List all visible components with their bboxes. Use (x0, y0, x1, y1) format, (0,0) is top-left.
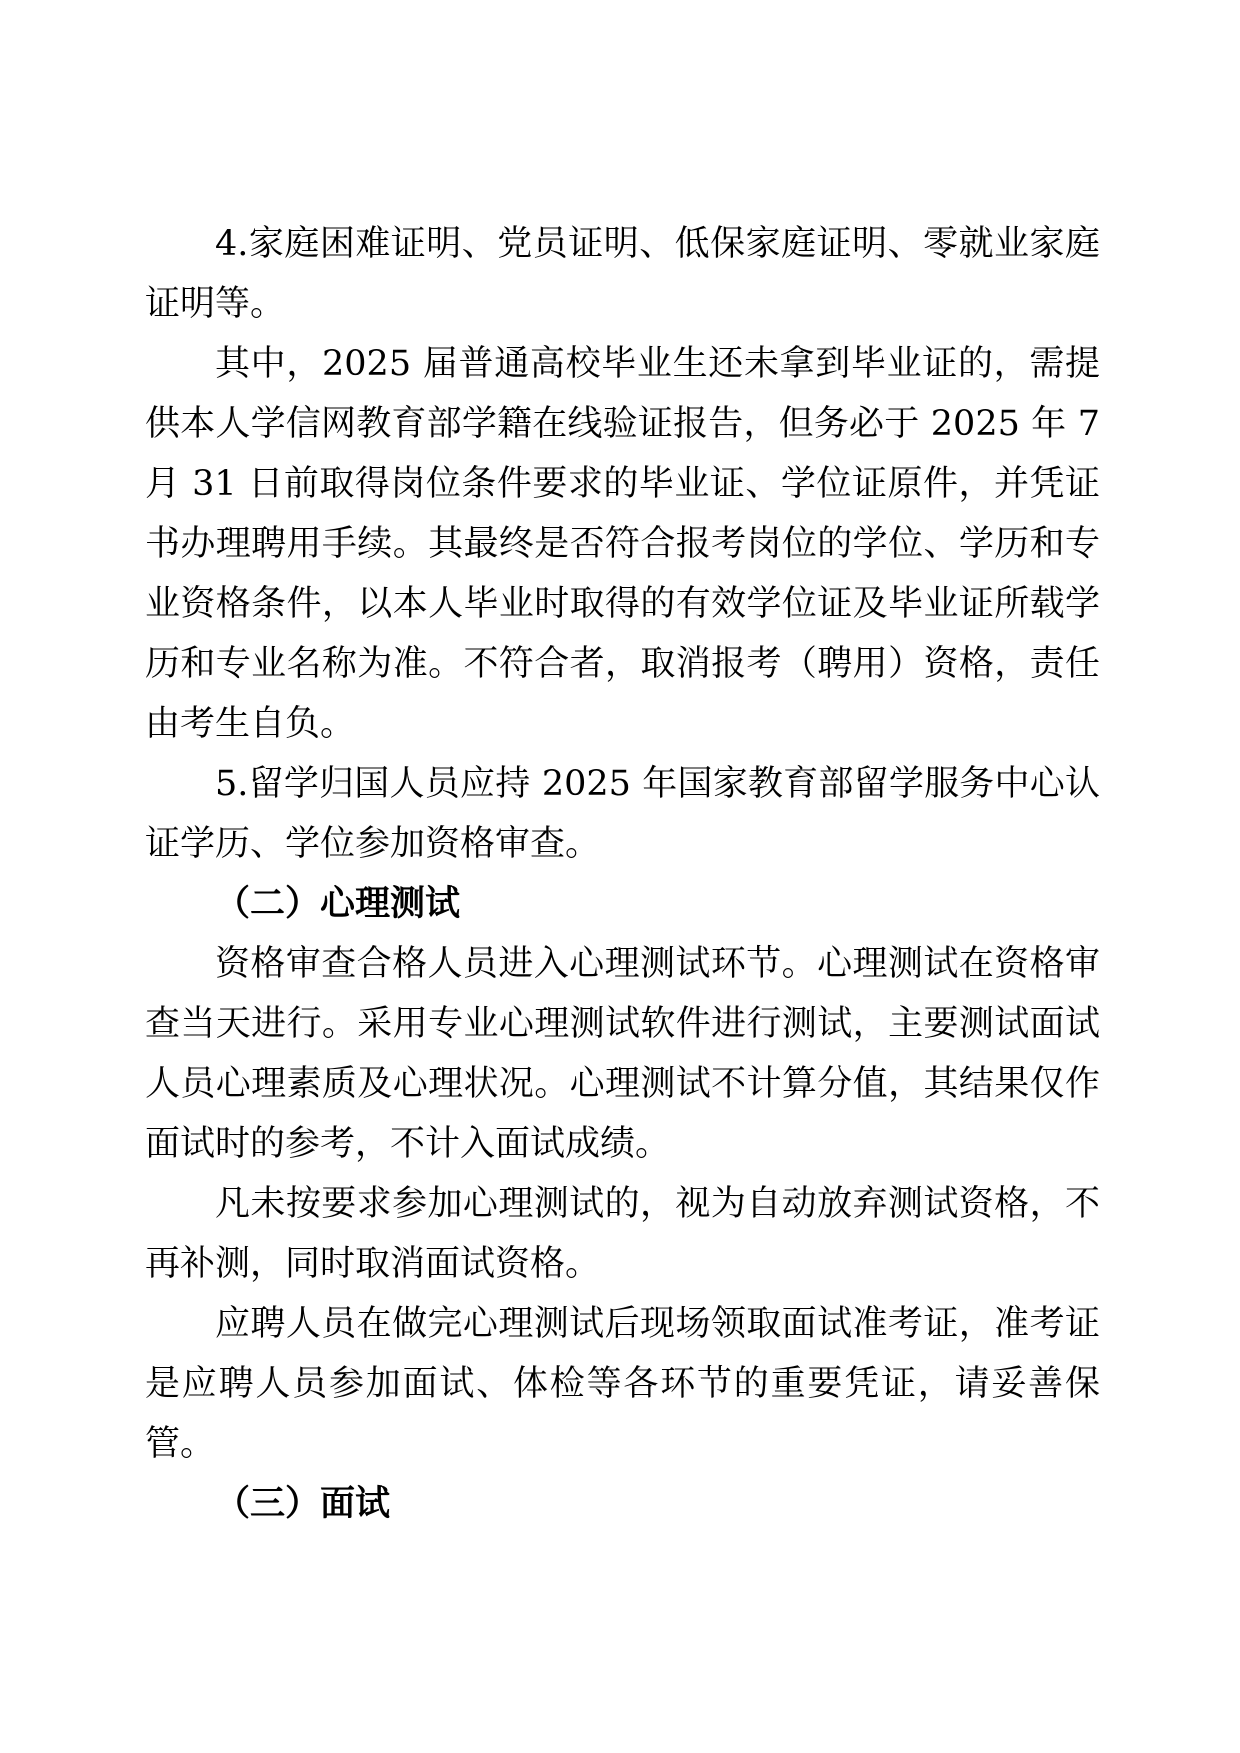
document-page: 4.家庭困难证明、党员证明、低保家庭证明、零就业家庭证明等。 其中，2025 届… (0, 0, 1240, 1753)
document-body: 4.家庭困难证明、党员证明、低保家庭证明、零就业家庭证明等。 其中，2025 届… (0, 0, 1240, 1753)
heading-psychological-test: （二）心理测试 (145, 874, 1100, 934)
paragraph-supporting-certificates: 4.家庭困难证明、党员证明、低保家庭证明、零就业家庭证明等。 (145, 214, 1100, 334)
paragraph-psych-test-process: 资格审查合格人员进入心理测试环节。心理测试在资格审查当天进行。采用专业心理测试软… (145, 934, 1100, 1174)
heading-interview: （三）面试 (145, 1474, 1100, 1534)
paragraph-interview-admission-ticket: 应聘人员在做完心理测试后现场领取面试准考证，准考证是应聘人员参加面试、体检等各环… (145, 1294, 1100, 1474)
paragraph-2025-graduates-certificate-rule: 其中，2025 届普通高校毕业生还未拿到毕业证的，需提供本人学信网教育部学籍在线… (145, 334, 1100, 754)
paragraph-psych-test-no-show-rule: 凡未按要求参加心理测试的，视为自动放弃测试资格，不再补测，同时取消面试资格。 (145, 1174, 1100, 1294)
paragraph-overseas-returnees-verification: 5.留学归国人员应持 2025 年国家教育部留学服务中心认证学历、学位参加资格审… (145, 754, 1100, 874)
